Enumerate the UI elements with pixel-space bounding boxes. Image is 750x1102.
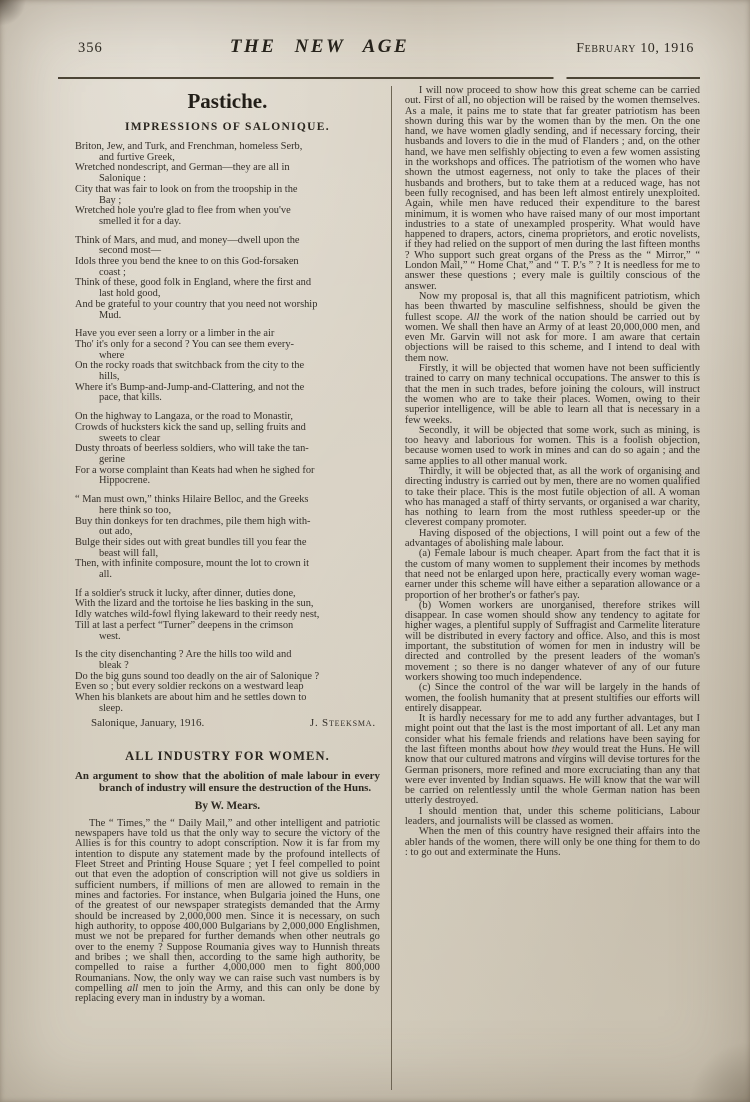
paragraph: (a) Female labour is much cheaper. Apart… [405,549,700,600]
page-number: 356 [78,40,103,57]
poem-line: Then, with infinite composure, mount the… [75,559,380,570]
poem-line: here think so too, [75,506,380,517]
poem-line: Till at last a perfect “Turner” deepens … [75,621,380,632]
poem-line: Mud. [75,311,380,322]
poem-line: City that was fair to look on from the t… [75,185,380,196]
pastiche-title: Pastiche. [75,89,380,114]
poem-line: pace, that kills. [75,393,380,404]
poem-place-date: Salonique, January, 1916. [91,717,204,729]
masthead-title: THE NEW AGE [230,36,409,58]
paragraph: It is hardly necessary for me to add any… [405,714,700,807]
article-subtitle: An argument to show that the abolition o… [75,771,380,794]
poem-line: Hippocrene. [75,476,380,487]
paragraph: Thirdly, it will be objected that, as al… [405,467,700,529]
paragraph: When the men of this country have resign… [405,827,700,858]
pastiche-subtitle: IMPRESSIONS OF SALONIQUE. [75,121,380,133]
paragraph: (b) Women workers are unorganised, there… [405,601,700,683]
magazine-page: 356 THE NEW AGE February 10, 1916 Pastic… [0,0,750,1102]
poem-line: smelled it for a day. [75,217,380,228]
paragraph: (c) Since the control of the war will be… [405,683,700,714]
article-title: ALL INDUSTRY FOR WOMEN. [75,749,380,764]
poem-line: Crowds of hucksters kick the sand up, se… [75,423,380,434]
poem-line: And be grateful to your country that you… [75,300,380,311]
poem-line: west. [75,632,380,643]
left-column: Pastiche. IMPRESSIONS OF SALONIQUE. Brit… [75,86,391,1090]
header-rule [58,77,700,79]
article-byline: By W. Mears. [75,800,380,812]
paragraph: Having disposed of the objections, I wil… [405,529,700,550]
right-column: I will now proceed to show how this grea… [391,86,700,1090]
poem-line: On the rocky roads that switchback from … [75,361,380,372]
poem-line: sleep. [75,704,380,715]
article-body-left: The “ Times,” the “ Daily Mail,” and oth… [75,819,380,1005]
paragraph: Now my proposal is, that all this magnif… [405,292,700,364]
poem-line: all. [75,570,380,581]
poem-signature: Salonique, January, 1916. J. Steeksma. [75,717,380,729]
page-header: 356 THE NEW AGE February 10, 1916 [78,36,694,58]
poem: Briton, Jew, and Turk, and Frenchman, ho… [75,142,380,714]
poem-author: J. Steeksma. [310,717,380,729]
issue-date: February 10, 1916 [576,41,694,57]
paragraph: Firstly, it will be objected that women … [405,364,700,426]
page-body: Pastiche. IMPRESSIONS OF SALONIQUE. Brit… [75,86,700,1090]
paragraph: The “ Times,” the “ Daily Mail,” and oth… [75,819,380,1005]
paragraph: I should mention that, under this scheme… [405,807,700,828]
paragraph: Secondly, it will be objected that some … [405,426,700,467]
poem-line: Bulge their sides out with great bundles… [75,538,380,549]
paragraph: I will now proceed to show how this grea… [405,86,700,292]
